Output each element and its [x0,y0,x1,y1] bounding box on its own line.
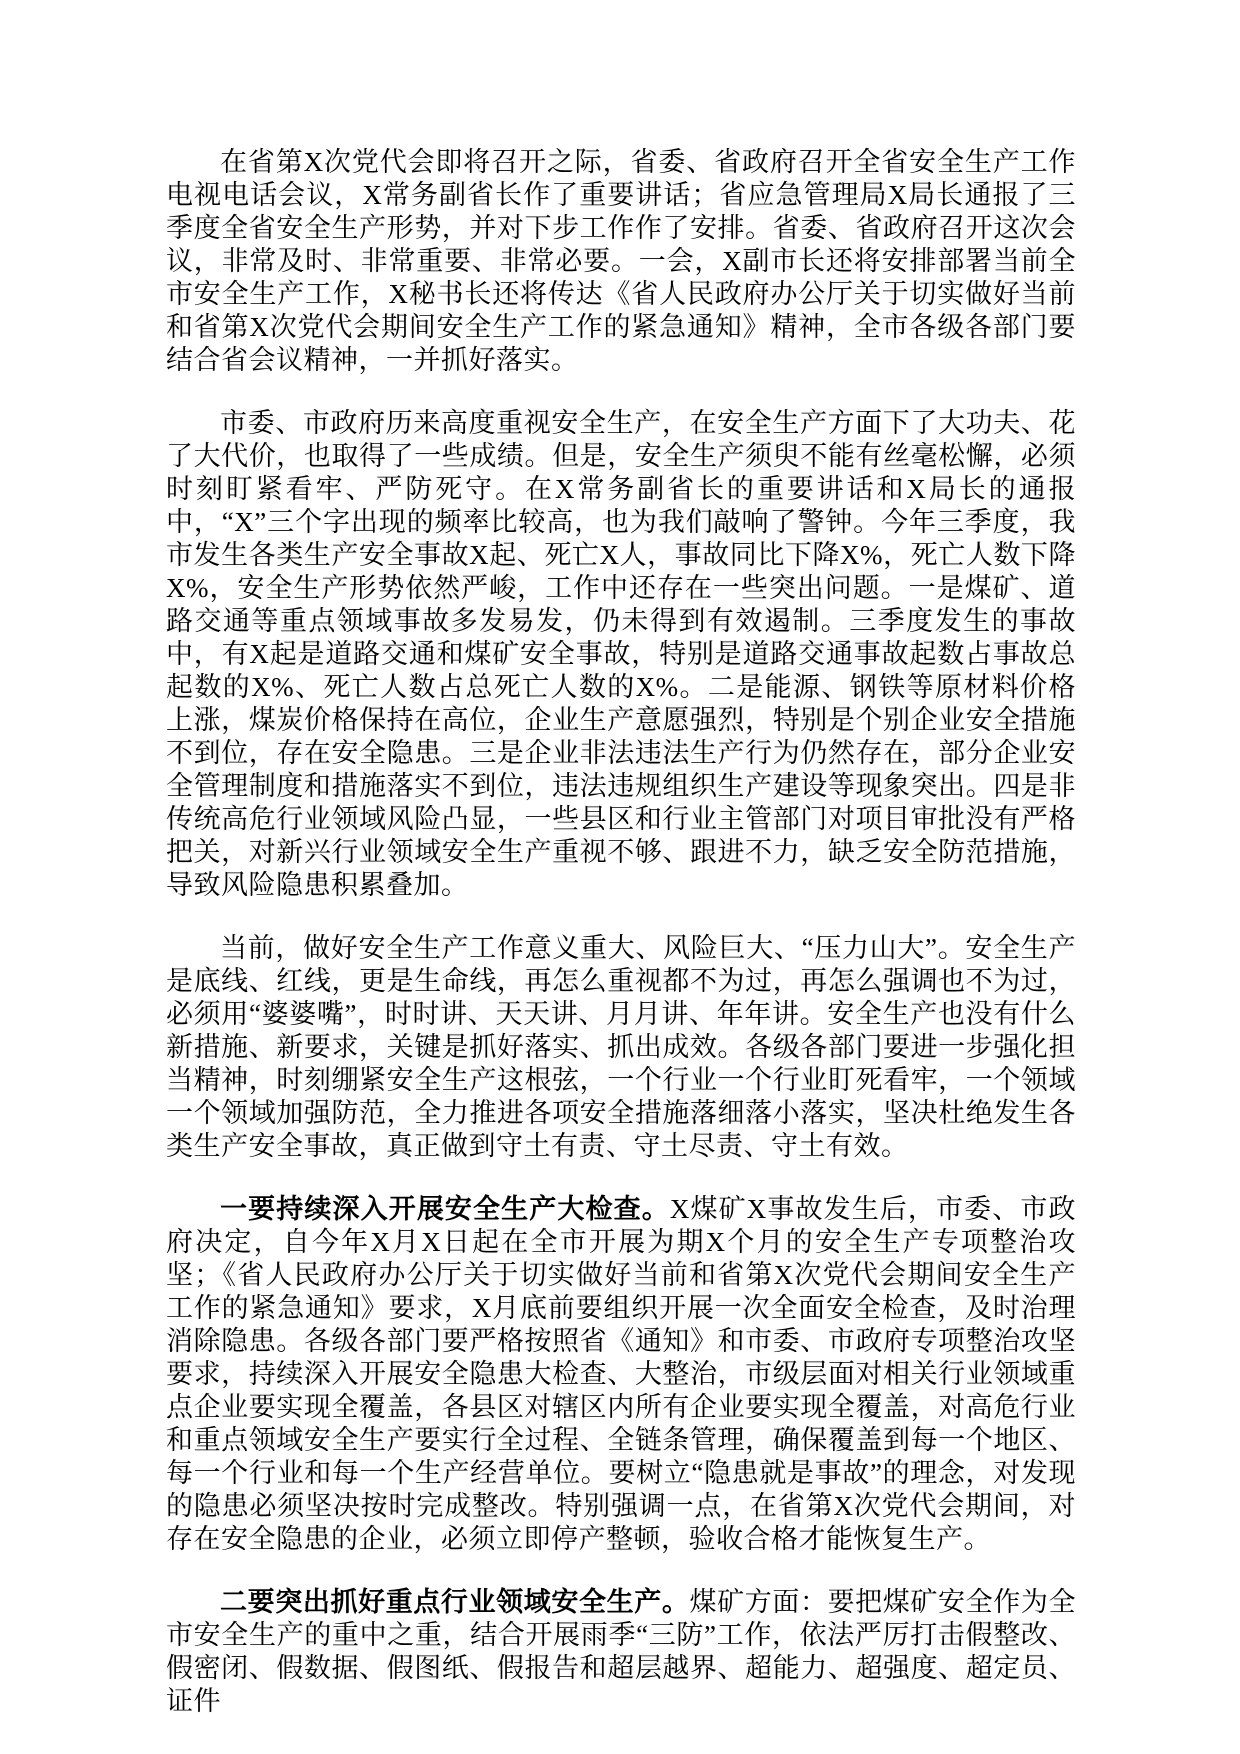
paragraph-lead-bold: 一要持续深入开展安全生产大检查。 [220,1194,670,1224]
paragraph-text: 市委、市政府历来高度重视安全生产，在安全生产方面下了大功夫、花了大代价，也取得了… [166,408,1076,900]
paragraph-situation: 市委、市政府历来高度重视安全生产，在安全生产方面下了大功夫、花了大代价，也取得了… [166,407,1076,902]
paragraph-text: X煤矿X事故发生后，市委、市政府决定，自今年X月X日起在全市开展为期X个月的安全… [166,1194,1076,1554]
document-page: 在省第X次党代会即将召开之际，省委、省政府召开全省安全生产工作电视电话会议，X常… [0,0,1240,1754]
paragraph-intro: 在省第X次党代会即将召开之际，省委、省政府召开全省安全生产工作电视电话会议，X常… [166,146,1076,377]
paragraph-text: 在省第X次党代会即将召开之际，省委、省政府召开全省安全生产工作电视电话会议，X常… [166,147,1076,375]
document-body: 在省第X次党代会即将召开之际，省委、省政府召开全省安全生产工作电视电话会议，X常… [166,146,1076,1718]
paragraph-lead-bold: 二要突出抓好重点行业领域安全生产。 [220,1587,689,1617]
paragraph-text: 当前，做好安全生产工作意义重大、风险巨大、“压力山大”。安全生产是底线、红线，更… [166,933,1076,1161]
paragraph-importance: 当前，做好安全生产工作意义重大、风险巨大、“压力山大”。安全生产是底线、红线，更… [166,932,1076,1163]
paragraph-point-two: 二要突出抓好重点行业领域安全生产。煤矿方面：要把煤矿安全作为全市安全生产的重中之… [166,1586,1076,1718]
paragraph-point-one: 一要持续深入开展安全生产大检查。X煤矿X事故发生后，市委、市政府决定，自今年X月… [166,1193,1076,1556]
